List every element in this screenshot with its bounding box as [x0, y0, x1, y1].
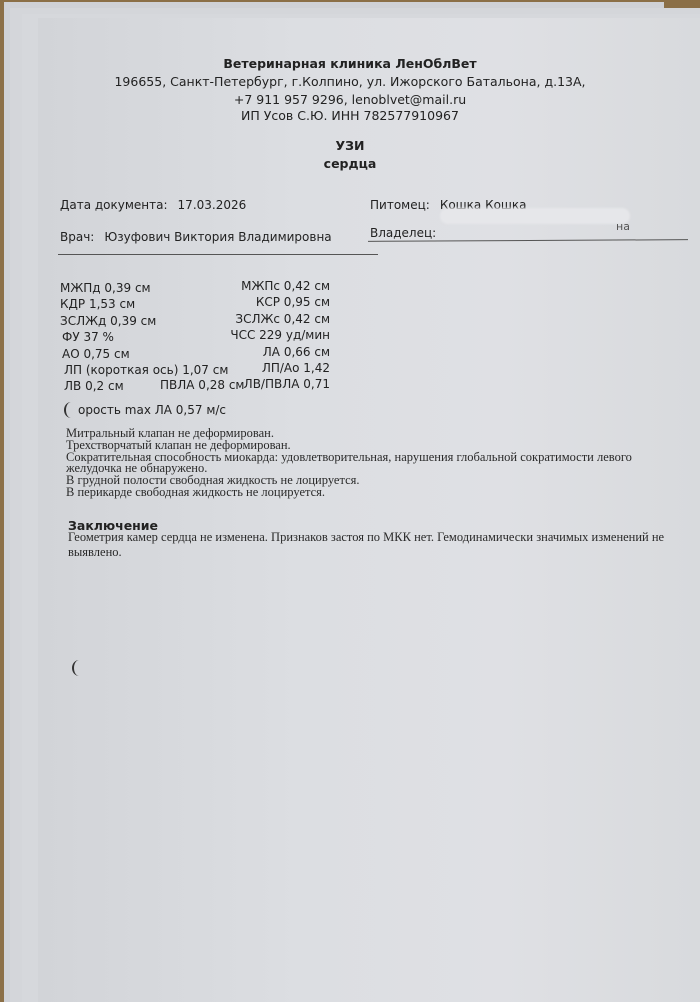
measurement: ЛА 0,66 см [218, 344, 330, 360]
owner-info: Владелец: [370, 226, 446, 240]
measurement: ЧСС 229 уд/мин [218, 327, 330, 343]
measurement: МЖПс 0,42 см [218, 278, 330, 294]
punch-hole-mark [72, 660, 86, 676]
clinic-contacts: +7 911 957 9296, lenoblvet@mail.ru [38, 92, 662, 107]
measurement: КСР 0,95 см [218, 294, 330, 310]
owner-name-fragment: на [616, 220, 630, 233]
document-page: Ветеринарная клиника ЛенОблВет 196655, С… [38, 18, 700, 1002]
conclusion-line: выявлено. [68, 545, 664, 560]
document-subtitle: сердца [38, 156, 662, 171]
measurement: ФУ 37 % [62, 329, 228, 345]
measurement: КДР 1,53 см [60, 296, 228, 312]
clinic-address: 196655, Санкт-Петербург, г.Колпино, ул. … [38, 74, 662, 89]
document-date: Дата документа:17.03.2026 [60, 198, 246, 212]
measurement: ЛВ/ПВЛА 0,71 [218, 376, 330, 392]
punch-hole-mark [64, 402, 78, 418]
conclusion-text: Геометрия камер сердца не изменена. Приз… [68, 530, 664, 560]
measurement: ЗСЛЖд 0,39 см [60, 313, 228, 329]
divider-line [58, 254, 378, 255]
conclusion-line: Геометрия камер сердца не изменена. Приз… [68, 530, 664, 545]
clinic-name: Ветеринарная клиника ЛенОблВет [38, 56, 662, 71]
owner-name-redaction [440, 208, 630, 224]
measurement: ЛП (короткая ось) 1,07 см [64, 362, 228, 378]
measurements-right: МЖПс 0,42 см КСР 0,95 см ЗСЛЖс 0,42 см Ч… [218, 278, 330, 393]
clinic-legal-info: ИП Усов С.Ю. ИНН 782577910967 [38, 108, 662, 123]
doctor-value: Юзуфович Виктория Владимировна [104, 230, 331, 244]
pet-label: Питомец: [370, 198, 430, 212]
document-title: УЗИ [38, 138, 662, 153]
date-value: 17.03.2026 [178, 198, 247, 212]
doctor-label: Врач: [60, 230, 94, 244]
measurement: МЖПд 0,39 см [60, 280, 228, 296]
measurement: ЗСЛЖс 0,42 см [218, 311, 330, 327]
owner-label: Владелец: [370, 226, 436, 240]
measurement-velocity: орость max ЛА 0,57 м/с [78, 403, 226, 417]
measurement: АО 0,75 см [62, 346, 228, 362]
date-label: Дата документа: [60, 198, 168, 212]
doctor-info: Врач:Юзуфович Виктория Владимировна [60, 230, 332, 244]
finding-line: В перикарде свободная жидкость не лоциру… [66, 487, 632, 499]
findings: Митральный клапан не деформирован. Трехс… [66, 428, 632, 499]
measurement: ЛП/Ао 1,42 [218, 360, 330, 376]
